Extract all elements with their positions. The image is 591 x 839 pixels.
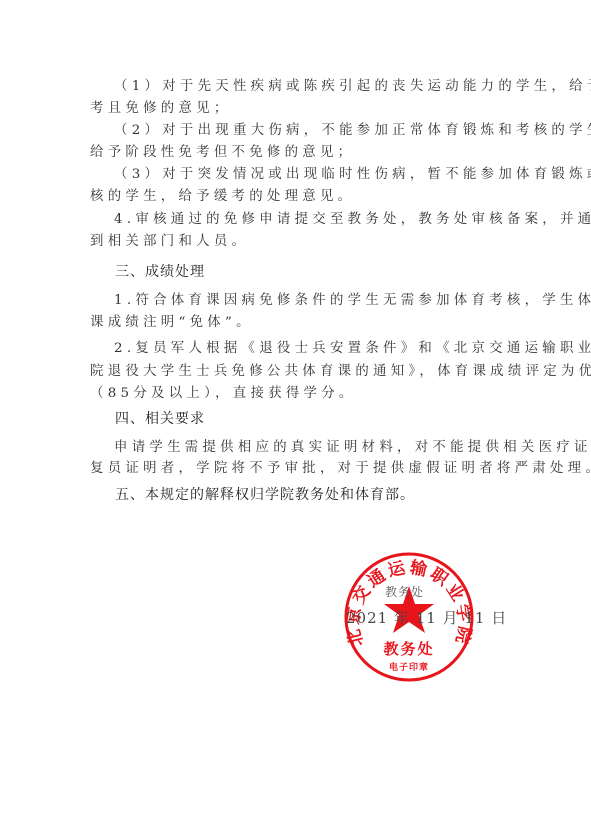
paragraph-line: 1.符合体育课因病免修条件的学生无需参加体育考核，学生体育	[114, 292, 591, 310]
paragraph-line: 考且免修的意见；	[90, 100, 232, 118]
paragraph-line: 4.审核通过的免修申请提交至教务处，教务处审核备案，并通知	[114, 211, 591, 229]
svg-text:电子印章: 电子印章	[389, 661, 429, 673]
paragraph-line: 院退役大学生士兵免修公共体育课的通知》，体育课成绩评定为优秀	[90, 363, 591, 381]
paragraph-line: 2.复员军人根据《退役士兵安置条件》和《北京交通运输职业学	[114, 340, 591, 358]
seal-overlay-department: 教务处	[385, 583, 424, 600]
paragraph-line: 课成绩注明“免体”。	[90, 314, 254, 332]
paragraph-line: 复员证明者，学院将不予审批，对于提供虚假证明者将严肃处理。	[90, 460, 591, 478]
section-heading-grades: 三、成绩处理	[115, 263, 205, 281]
seal-date: 2021 年 11 月 11 日	[346, 607, 507, 628]
document-page: （1）对于先天性疾病或陈疾引起的丧失运动能力的学生，给予免 考且免修的意见； （…	[0, 0, 591, 839]
paragraph-line: 到相关部门和人员。	[90, 233, 249, 251]
paragraph-line: 申请学生需提供相应的真实证明材料，对不能提供相关医疗证明、	[114, 439, 591, 457]
paragraph-line: （3）对于突发情况或出现临时性伤病，暂不能参加体育锻炼或考	[114, 166, 591, 184]
svg-text:教务处: 教务处	[383, 640, 434, 658]
paragraph-line: 核的学生，给予缓考的处理意见。	[90, 188, 355, 206]
paragraph-line: （1）对于先天性疾病或陈疾引起的丧失运动能力的学生，给予免	[114, 78, 591, 96]
paragraph-line: （2）对于出现重大伤病，不能参加正常体育锻炼和考核的学生，	[114, 122, 591, 140]
paragraph-line: （85分及以上），直接获得学分。	[90, 385, 357, 403]
section-heading-interpretation: 五、本规定的解释权归学院教务处和体育部。	[115, 486, 415, 504]
paragraph-line: 给予阶段性免考但不免修的意见；	[90, 144, 355, 162]
section-heading-requirements: 四、相关要求	[115, 410, 205, 428]
